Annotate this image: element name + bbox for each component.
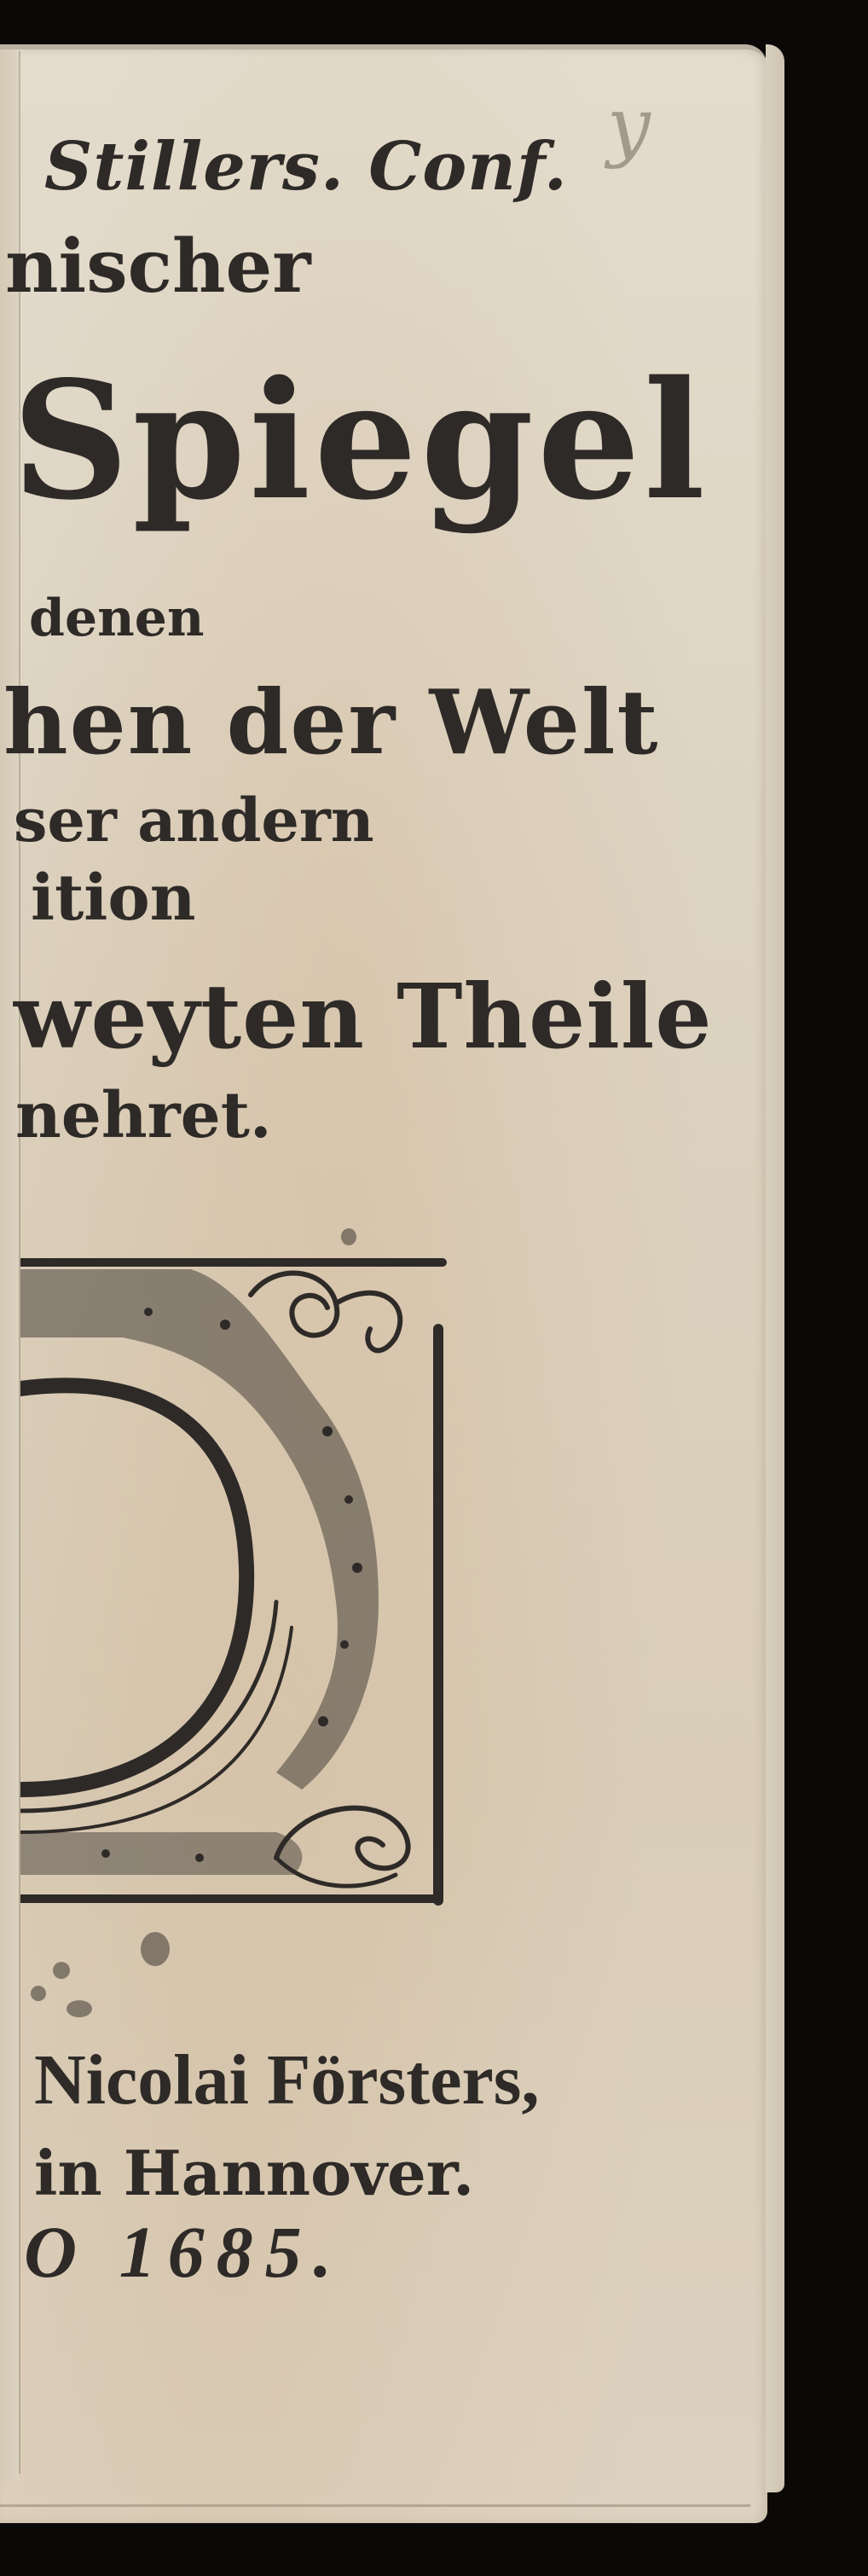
text-line-denen: denen xyxy=(29,589,205,648)
pencil-annotation: y xyxy=(607,81,651,171)
ink-spot xyxy=(341,1228,356,1245)
city-line: in Hannover. xyxy=(34,2137,474,2209)
main-title: Spiegel xyxy=(12,345,709,536)
ink-spot xyxy=(31,1986,46,2001)
text-line-vermehret: nehret. xyxy=(15,1079,272,1152)
year-line: O 1685. xyxy=(24,2209,344,2295)
ink-spot xyxy=(67,2000,92,2017)
author-line: Stillers. Conf. xyxy=(44,128,568,206)
woodcut-ornament-icon xyxy=(20,1244,447,1909)
page-bottom-edge xyxy=(0,2504,750,2507)
printer-line: Nicolai Försters, xyxy=(34,2039,539,2121)
text-line-theile: weyten Theile xyxy=(14,964,713,1069)
ink-spot xyxy=(141,1932,170,1966)
text-line-edition: ition xyxy=(31,862,196,935)
text-line-andern: ser andern xyxy=(14,785,374,856)
ink-spot xyxy=(53,1962,70,1979)
page-edge xyxy=(766,44,784,2492)
subtitle-fragment: nischer xyxy=(5,223,311,310)
text-line-welt: hen der Welt xyxy=(3,670,660,775)
